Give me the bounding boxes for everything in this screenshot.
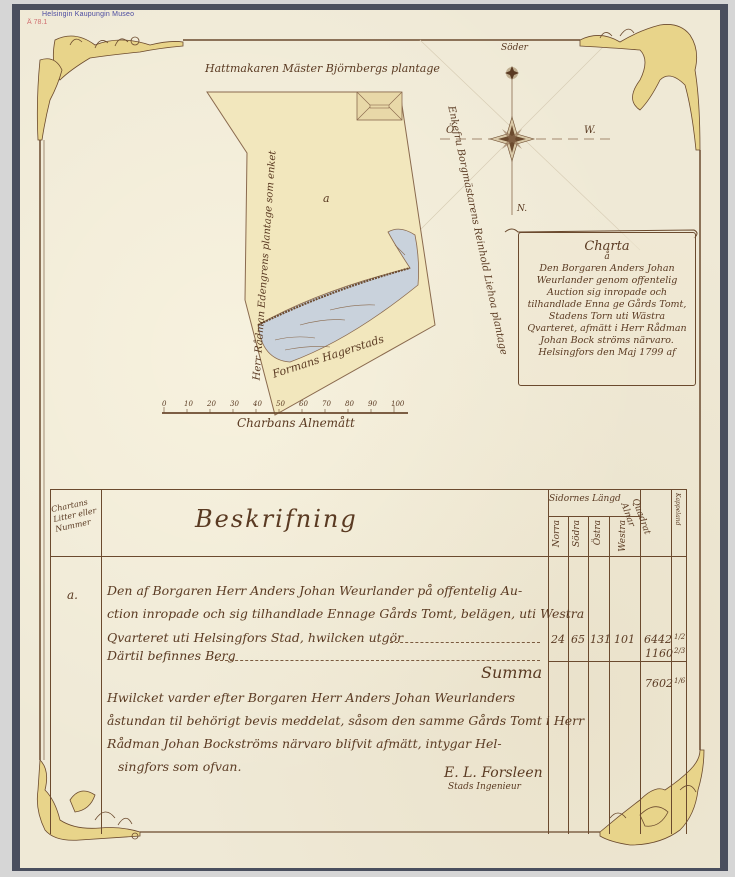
parcel-label: a [323, 192, 330, 205]
surveyor-signature: E. L. Forsleen [444, 765, 543, 781]
surveyor-title: Stads Ingenieur [448, 782, 521, 792]
scale-title: Charbans Alnemått [237, 416, 355, 430]
desc-col-rule [548, 489, 549, 834]
description-line: Qvarteret uti Helsingfors Stad, hwilcken… [107, 630, 403, 645]
scale-tick: 10 [184, 400, 193, 408]
summa-label: Summa [481, 663, 542, 682]
side-ostra-value: 131 [590, 633, 611, 646]
side-westra-value: 101 [614, 633, 635, 646]
header-sodra: Södra [572, 520, 582, 547]
scale-tick: 20 [207, 400, 216, 408]
leader-dash [215, 660, 540, 662]
scale-tick: 100 [391, 400, 404, 408]
description-line: Den af Borgaren Herr Anders Johan Weurla… [107, 583, 522, 598]
ornament-bottom-right-icon [600, 750, 704, 845]
closing-line: Rådman Johan Bockströms närvaro blifvit … [107, 736, 502, 751]
header-ostra: Östra [593, 520, 603, 545]
scale-tick: 50 [276, 400, 285, 408]
berg-fraction: 2/3 [674, 647, 685, 655]
berg-value: 1160 [645, 647, 673, 660]
id-col-rule [101, 489, 102, 834]
ornament-top-left-icon [37, 36, 183, 140]
side-sodra-value: 65 [571, 633, 585, 646]
compass-west-label: W. [584, 125, 596, 136]
closing-line: singfors som ofvan. [118, 759, 241, 774]
closing-line: åstundan til behörigt bevis meddelat, så… [107, 713, 584, 728]
norra-col-rule [568, 516, 569, 834]
header-beskrifning: Beskrifning [195, 505, 358, 533]
summa-fraction: 1/6 [674, 677, 685, 685]
scale-tick: 90 [368, 400, 377, 408]
table-header-rule [50, 556, 686, 557]
header-norra: Norra [552, 520, 562, 547]
compass-east-label: Ö [446, 125, 454, 136]
header-kappeland: Kappeland [674, 493, 681, 526]
summa-value: 7602 [645, 677, 673, 690]
cartouche-body: Den Borgaren Anders Johan Weurlander gen… [519, 263, 695, 359]
header-sidornes-langd: Sidornes Längd [549, 494, 621, 504]
scale-tick: 80 [345, 400, 354, 408]
scale-tick: 0 [162, 400, 166, 408]
quadrat-col-rule [671, 489, 672, 834]
ostra-col-rule [609, 516, 610, 834]
quadrat-fraction: 1/2 [674, 633, 685, 641]
table-left-rule [50, 489, 51, 834]
closing-line: Hwilcket varder efter Borgaren Herr Ande… [107, 690, 515, 705]
compass-south-label: Söder [501, 43, 528, 53]
description-line: ction inropade och sig tilhandlade Ennag… [107, 606, 584, 621]
sodra-col-rule [588, 516, 589, 834]
quadrat-value: 6442 [644, 633, 672, 646]
ornament-top-right-icon [580, 24, 700, 150]
cartouche-sub: å [519, 251, 695, 263]
compass-north-label: N. [517, 204, 527, 214]
compass-rose-icon [490, 117, 534, 161]
scale-tick: 30 [230, 400, 239, 408]
scale-tick: 60 [299, 400, 308, 408]
small-star-icon [505, 66, 519, 80]
row-id: a. [67, 588, 78, 602]
leader-dash [390, 642, 540, 644]
side-norra-value: 24 [551, 633, 565, 646]
scale-tick: 70 [322, 400, 331, 408]
neighbor-north-label: Hattmakaren Mäster Björnbergs plantage [205, 62, 440, 75]
title-cartouche: Charta å Den Borgaren Anders Johan Weurl… [518, 232, 696, 386]
table-right-rule [686, 489, 687, 834]
scale-tick-labels: 0 10 20 30 40 50 60 70 80 90 100 [162, 400, 407, 414]
table-top-rule [50, 489, 686, 490]
scale-tick: 40 [253, 400, 262, 408]
